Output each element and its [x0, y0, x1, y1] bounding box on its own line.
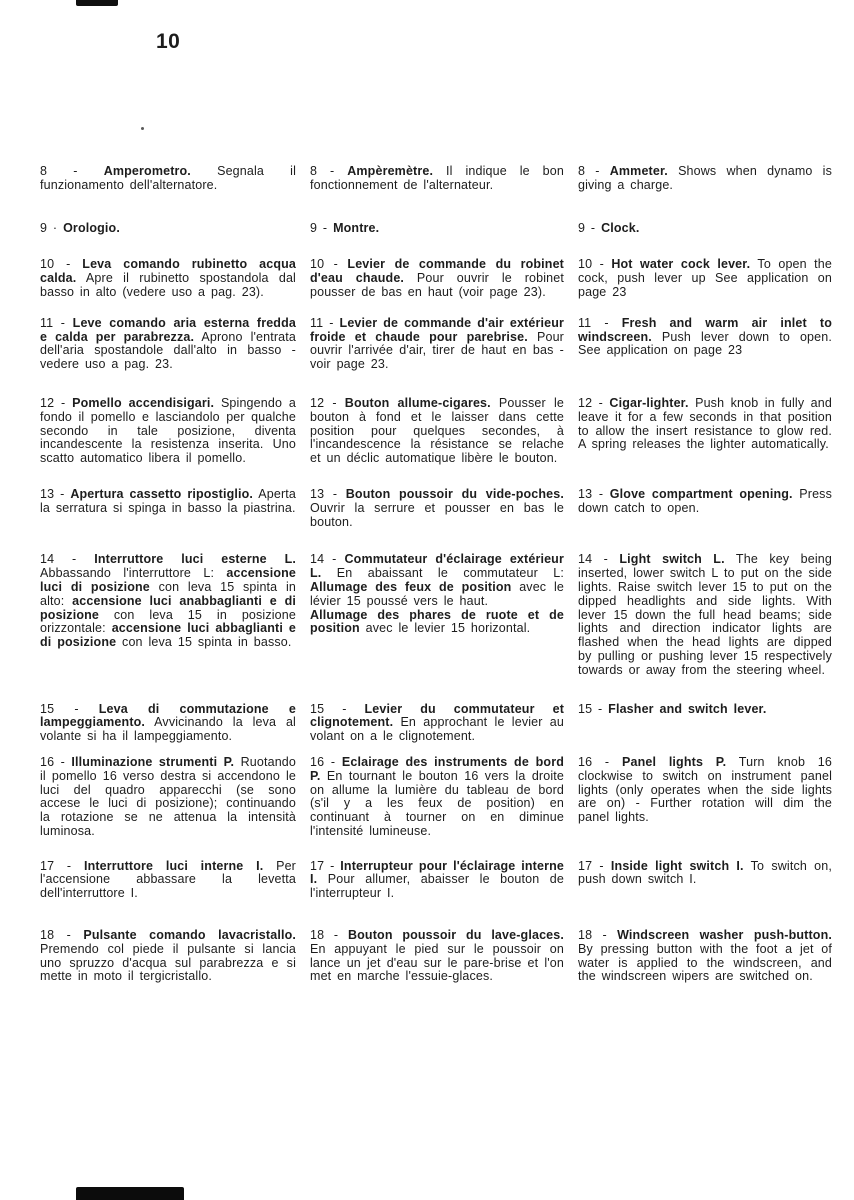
entry-text-segment: 15 - [578, 702, 608, 716]
manual-row-item-13: 13 - Apertura cassetto ripostiglio. Aper… [40, 488, 832, 529]
entry-text-segment: 18 - [578, 928, 617, 942]
entry-title-segment: Interruttore luci interne I. [84, 859, 263, 873]
scan-artifact-speck [141, 127, 144, 130]
entry-text-segment: 11 - [578, 316, 622, 330]
scan-artifact-bottom [76, 1187, 184, 1200]
entry-text-segment: 14 - [310, 552, 344, 566]
entry-item-16-fr: 16 - Eclairage des instruments de bord P… [310, 756, 564, 839]
entry-item-10-en: 10 - Hot water cock lever. To open the c… [578, 258, 832, 299]
manual-row-item-16: 16 - Illuminazione strumenti P. Ruotando… [40, 756, 832, 839]
entry-text-segment: 12 - [578, 396, 609, 410]
entry-item-8-fr: 8 - Ampèremètre. Il indique le bon fonct… [310, 165, 564, 193]
entry-item-16-it: 16 - Illuminazione strumenti P. Ruotando… [40, 756, 296, 839]
entry-text-segment: 10 - [310, 257, 347, 271]
entry-title-segment: Clock. [601, 221, 639, 235]
entry-item-16-en: 16 - Panel lights P. Turn knob 16 clockw… [578, 756, 832, 825]
entry-text-segment: En appuyant le pied sur le poussoir on l… [310, 942, 564, 984]
entry-text-segment: 14 - [578, 552, 619, 566]
entry-text-segment: 16 - [310, 755, 342, 769]
entry-item-13-fr: 13 - Bouton poussoir du vide-poches. Ouv… [310, 488, 564, 529]
entry-text-segment: 16 - [40, 755, 71, 769]
entry-text-segment: Pour allumer, abaisser le bouton de l'in… [310, 872, 564, 900]
entry-title-segment: Pulsante comando lavacristallo. [83, 928, 296, 942]
entry-item-13-it: 13 - Apertura cassetto ripostiglio. Aper… [40, 488, 296, 516]
entry-text-segment: avec le levier 15 horizontal. [360, 621, 530, 635]
entry-text-segment: con leva 15 spinta in basso. [116, 635, 291, 649]
entry-text-segment: 14 - [40, 552, 94, 566]
entry-text-segment: 18 - [40, 928, 83, 942]
entry-item-17-en: 17 - Inside light switch I. To switch on… [578, 860, 832, 888]
entry-item-17-it: 17 - Interruttore luci interne I. Per l'… [40, 860, 296, 901]
entry-item-10-fr: 10 - Levier de commande du robinet d'eau… [310, 258, 564, 299]
entry-item-11-fr: 11 - Levier de commande d'air extérieur … [310, 317, 564, 372]
entry-item-15-fr: 15 - Levier du commutateur et clignoteme… [310, 703, 564, 744]
entry-title-segment: Bouton poussoir du vide-poches. [346, 487, 564, 501]
entry-title-segment: Light switch L. [619, 552, 724, 566]
entry-item-13-en: 13 - Glove compartment opening. Press do… [578, 488, 832, 516]
entry-text-segment: 15 - [40, 702, 99, 716]
entry-title-segment: Bouton poussoir du lave-glaces. [348, 928, 564, 942]
entry-item-12-en: 12 - Cigar-lighter. Push knob in fully a… [578, 397, 832, 452]
entry-title-segment: Ammeter. [610, 164, 668, 178]
entry-item-18-it: 18 - Pulsante comando lavacristallo. Pre… [40, 929, 296, 984]
entry-item-12-fr: 12 - Bouton allume-cigares. Pousser le b… [310, 397, 564, 466]
manual-row-item-15: 15 - Leva di commutazione e lampeggiamen… [40, 703, 832, 744]
entry-title-segment: Bouton allume-cigares. [345, 396, 491, 410]
entry-title-segment: Apertura cassetto ripostiglio. [70, 487, 253, 501]
entry-item-14-en: 14 - Light switch L. The key being inser… [578, 553, 832, 677]
entry-title-segment: Illuminazione strumenti P. [71, 755, 234, 769]
entry-text-segment: Abbassando l'interruttore L: [40, 566, 226, 580]
entry-item-11-en: 11 - Fresh and warm air inlet to windscr… [578, 317, 832, 358]
entry-item-9-fr: 9 - Montre. [310, 222, 564, 236]
manual-row-item-11: 11 - Leve comando aria esterna fredda e … [40, 317, 832, 372]
entry-item-14-fr: 14 - Commutateur d'éclairage extérieur L… [310, 553, 564, 636]
manual-row-item-8: 8 - Amperometro. Segnala il funzionament… [40, 165, 832, 193]
entry-text-segment: By pressing button with the foot a jet o… [578, 942, 832, 984]
entry-text-segment: 13 - [40, 487, 70, 501]
entry-text-segment: 16 - [578, 755, 622, 769]
entry-item-18-fr: 18 - Bouton poussoir du lave-glaces. En … [310, 929, 564, 984]
entry-item-11-it: 11 - Leve comando aria esterna fredda e … [40, 317, 296, 372]
entry-text-segment: 18 - [310, 928, 348, 942]
entry-title-segment: Levier de commande d'air extérieur froid… [310, 316, 564, 344]
entry-text-segment: 8 - [40, 164, 104, 178]
entry-item-8-en: 8 - Ammeter. Shows when dynamo is giving… [578, 165, 832, 193]
entry-title-segment: Cigar-lighter. [609, 396, 688, 410]
manual-row-item-17: 17 - Interruttore luci interne I. Per l'… [40, 860, 832, 901]
entry-item-10-it: 10 - Leva comando rubinetto acqua calda.… [40, 258, 296, 299]
manual-row-item-9: 9 · Orologio.9 - Montre.9 - Clock. [40, 222, 832, 236]
entry-title-segment: Hot water cock lever. [611, 257, 750, 271]
entry-text-segment: 13 - [578, 487, 610, 501]
entry-item-12-it: 12 - Pomello accendisigari. Spingendo a … [40, 397, 296, 466]
entry-text-segment: Premendo col piede il pulsante si lancia… [40, 942, 296, 984]
entry-text-segment: 8 - [310, 164, 347, 178]
entry-text-segment: 10 - [40, 257, 82, 271]
manual-row-item-10: 10 - Leva comando rubinetto acqua calda.… [40, 258, 832, 299]
entry-item-18-en: 18 - Windscreen washer push-button. By p… [578, 929, 832, 984]
entry-title-segment: Inside light switch I. [611, 859, 744, 873]
entry-title-segment: Allumage des feux de position [310, 580, 511, 594]
entry-title-segment: Flasher and switch lever. [608, 702, 766, 716]
entry-title-segment: Montre. [333, 221, 379, 235]
entry-item-9-en: 9 - Clock. [578, 222, 832, 236]
entry-title-segment: Pomello accendisigari. [72, 396, 214, 410]
entry-text-segment: Ouvrir la serrure et pousser en bas le b… [310, 501, 564, 529]
manual-row-item-18: 18 - Pulsante comando lavacristallo. Pre… [40, 929, 832, 984]
entry-item-9-it: 9 · Orologio. [40, 222, 296, 236]
entry-item-17-fr: 17 - Interrupteur pour l'éclairage inter… [310, 860, 564, 901]
entry-item-8-it: 8 - Amperometro. Segnala il funzionament… [40, 165, 296, 193]
entry-text-segment: 9 - [578, 221, 601, 235]
entry-title-segment: Panel lights P. [622, 755, 726, 769]
entry-title-segment: Windscreen washer push-button. [617, 928, 832, 942]
entry-text-segment: 10 - [578, 257, 611, 271]
entry-text-segment: 9 · [40, 221, 63, 235]
entry-text-segment: 11 - [40, 316, 73, 330]
entry-text-segment: 12 - [310, 396, 345, 410]
entry-item-15-en: 15 - Flasher and switch lever. [578, 703, 832, 717]
entry-item-15-it: 15 - Leva di commutazione e lampeggiamen… [40, 703, 296, 744]
entry-text-segment: 17 - [40, 859, 84, 873]
entry-title-segment: Ampèremètre. [347, 164, 433, 178]
entry-text-segment: 12 - [40, 396, 72, 410]
manual-row-item-12: 12 - Pomello accendisigari. Spingendo a … [40, 397, 832, 466]
entry-text-segment: 17 - [578, 859, 611, 873]
page-number: 10 [156, 30, 180, 54]
entry-text-segment: 8 - [578, 164, 610, 178]
manual-row-item-14: 14 - Interruttore luci esterne L. Abbass… [40, 553, 832, 677]
entry-text-segment: The key being inserted, lower switch L t… [578, 552, 832, 676]
entry-text-segment: 9 - [310, 221, 333, 235]
entry-title-segment: Orologio. [63, 221, 120, 235]
entry-text-segment: Apre il rubinetto spostandola dal basso … [40, 271, 296, 299]
entry-title-segment: Glove compartment opening. [610, 487, 793, 501]
entry-title-segment: Amperometro. [104, 164, 191, 178]
entry-text-segment: En abaissant le commutateur L: [321, 566, 564, 580]
entry-text-segment: 11 - [310, 316, 340, 330]
entry-item-14-it: 14 - Interruttore luci esterne L. Abbass… [40, 553, 296, 650]
scan-artifact-top [76, 0, 118, 6]
manual-rows: 8 - Amperometro. Segnala il funzionament… [40, 165, 832, 984]
entry-text-segment: 17 - [310, 859, 340, 873]
entry-text-segment: En tournant le bouton 16 vers la droite … [310, 769, 564, 838]
entry-text-segment: 15 - [310, 702, 365, 716]
entry-text-segment: 13 - [310, 487, 346, 501]
entry-title-segment: Interruttore luci esterne L. [94, 552, 296, 566]
